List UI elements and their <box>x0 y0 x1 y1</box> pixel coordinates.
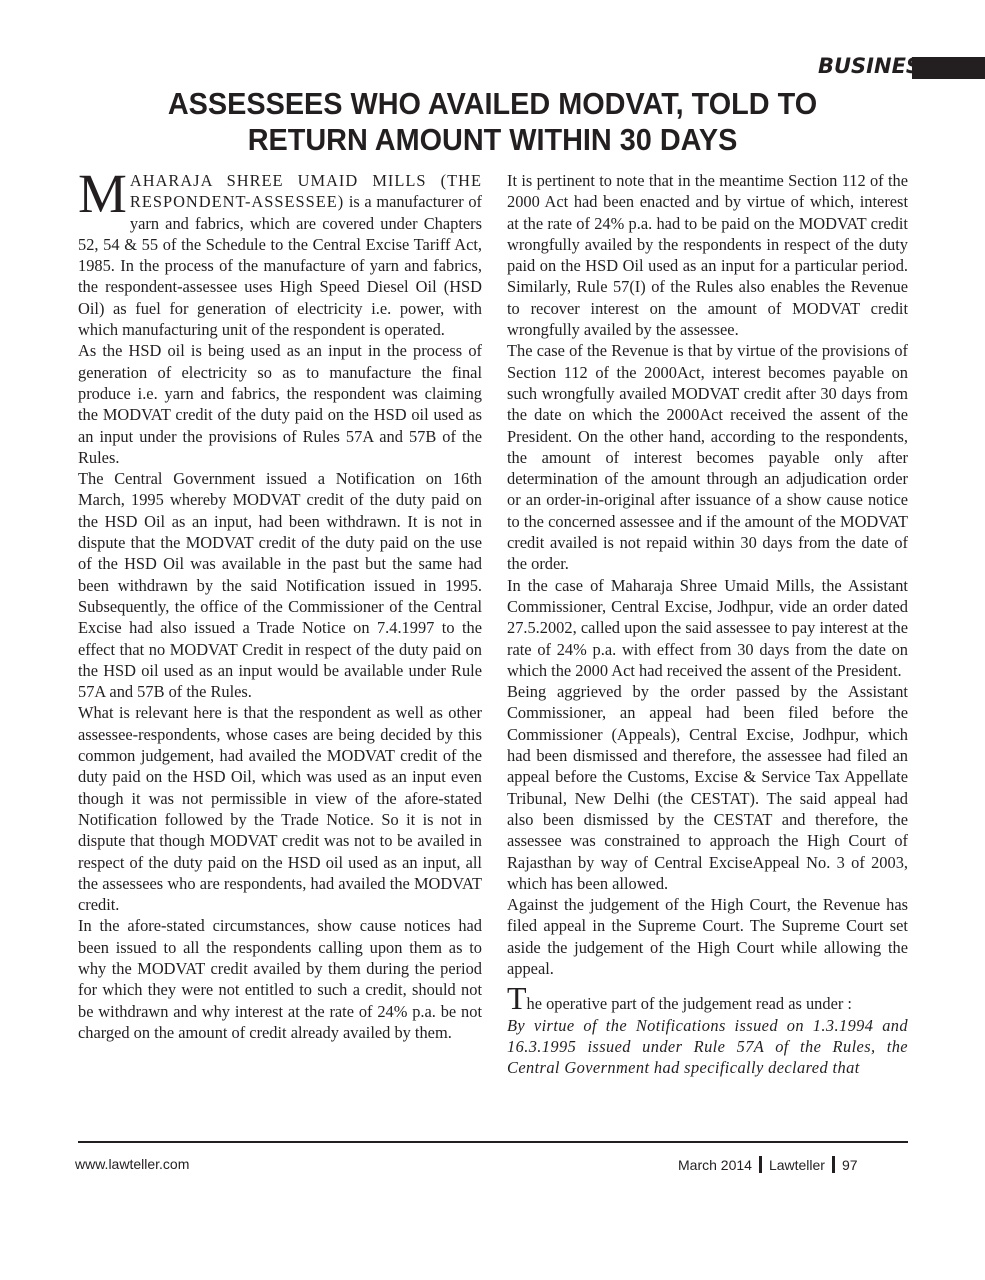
paragraph-text: is a manufacturer of yarn and fabrics, w… <box>78 192 482 339</box>
website-link[interactable]: www.lawteller.com <box>75 1156 189 1172</box>
drop-cap: M <box>78 173 127 215</box>
paragraph: What is relevant here is that the respon… <box>78 702 482 915</box>
footer-divider <box>78 1141 908 1143</box>
paragraph-operative-intro: The operative part of the judgement read… <box>507 988 908 1014</box>
paragraph-text: he operative part of the judgement read … <box>527 994 852 1013</box>
page-number: 97 <box>842 1157 858 1173</box>
paragraph: As the HSD oil is being used as an input… <box>78 340 482 468</box>
paragraph: In the case of Maharaja Shree Umaid Mill… <box>507 575 908 681</box>
paragraph: Against the judgement of the High Court,… <box>507 894 908 979</box>
initial-letter: T <box>507 980 527 1016</box>
publication-name: Lawteller <box>769 1157 825 1173</box>
paragraph: In the afore-stated circumstances, show … <box>78 915 482 1043</box>
paragraph: The case of the Revenue is that by virtu… <box>507 340 908 574</box>
paragraph: It is pertinent to note that in the mean… <box>507 170 908 340</box>
article-headline: ASSESSEES WHO AVAILED MODVAT, TOLD TO RE… <box>109 86 876 158</box>
paragraph-lead: MAHARAJA SHREE UMAID MILLS (THE RESPONDE… <box>78 170 482 340</box>
issue-date: March 2014 <box>678 1157 752 1173</box>
section-bar-decoration <box>912 57 985 79</box>
page-footer-info: March 2014 Lawteller 97 <box>678 1156 858 1173</box>
article-column-left: MAHARAJA SHREE UMAID MILLS (THE RESPONDE… <box>78 170 482 1043</box>
separator-bar <box>832 1156 835 1173</box>
paragraph: The Central Government issued a Notifica… <box>78 468 482 702</box>
separator-bar <box>759 1156 762 1173</box>
paragraph: Being aggrieved by the order passed by t… <box>507 681 908 894</box>
judgement-quote: By virtue of the Notifications issued on… <box>507 1015 908 1079</box>
article-column-right: It is pertinent to note that in the mean… <box>507 170 908 1078</box>
